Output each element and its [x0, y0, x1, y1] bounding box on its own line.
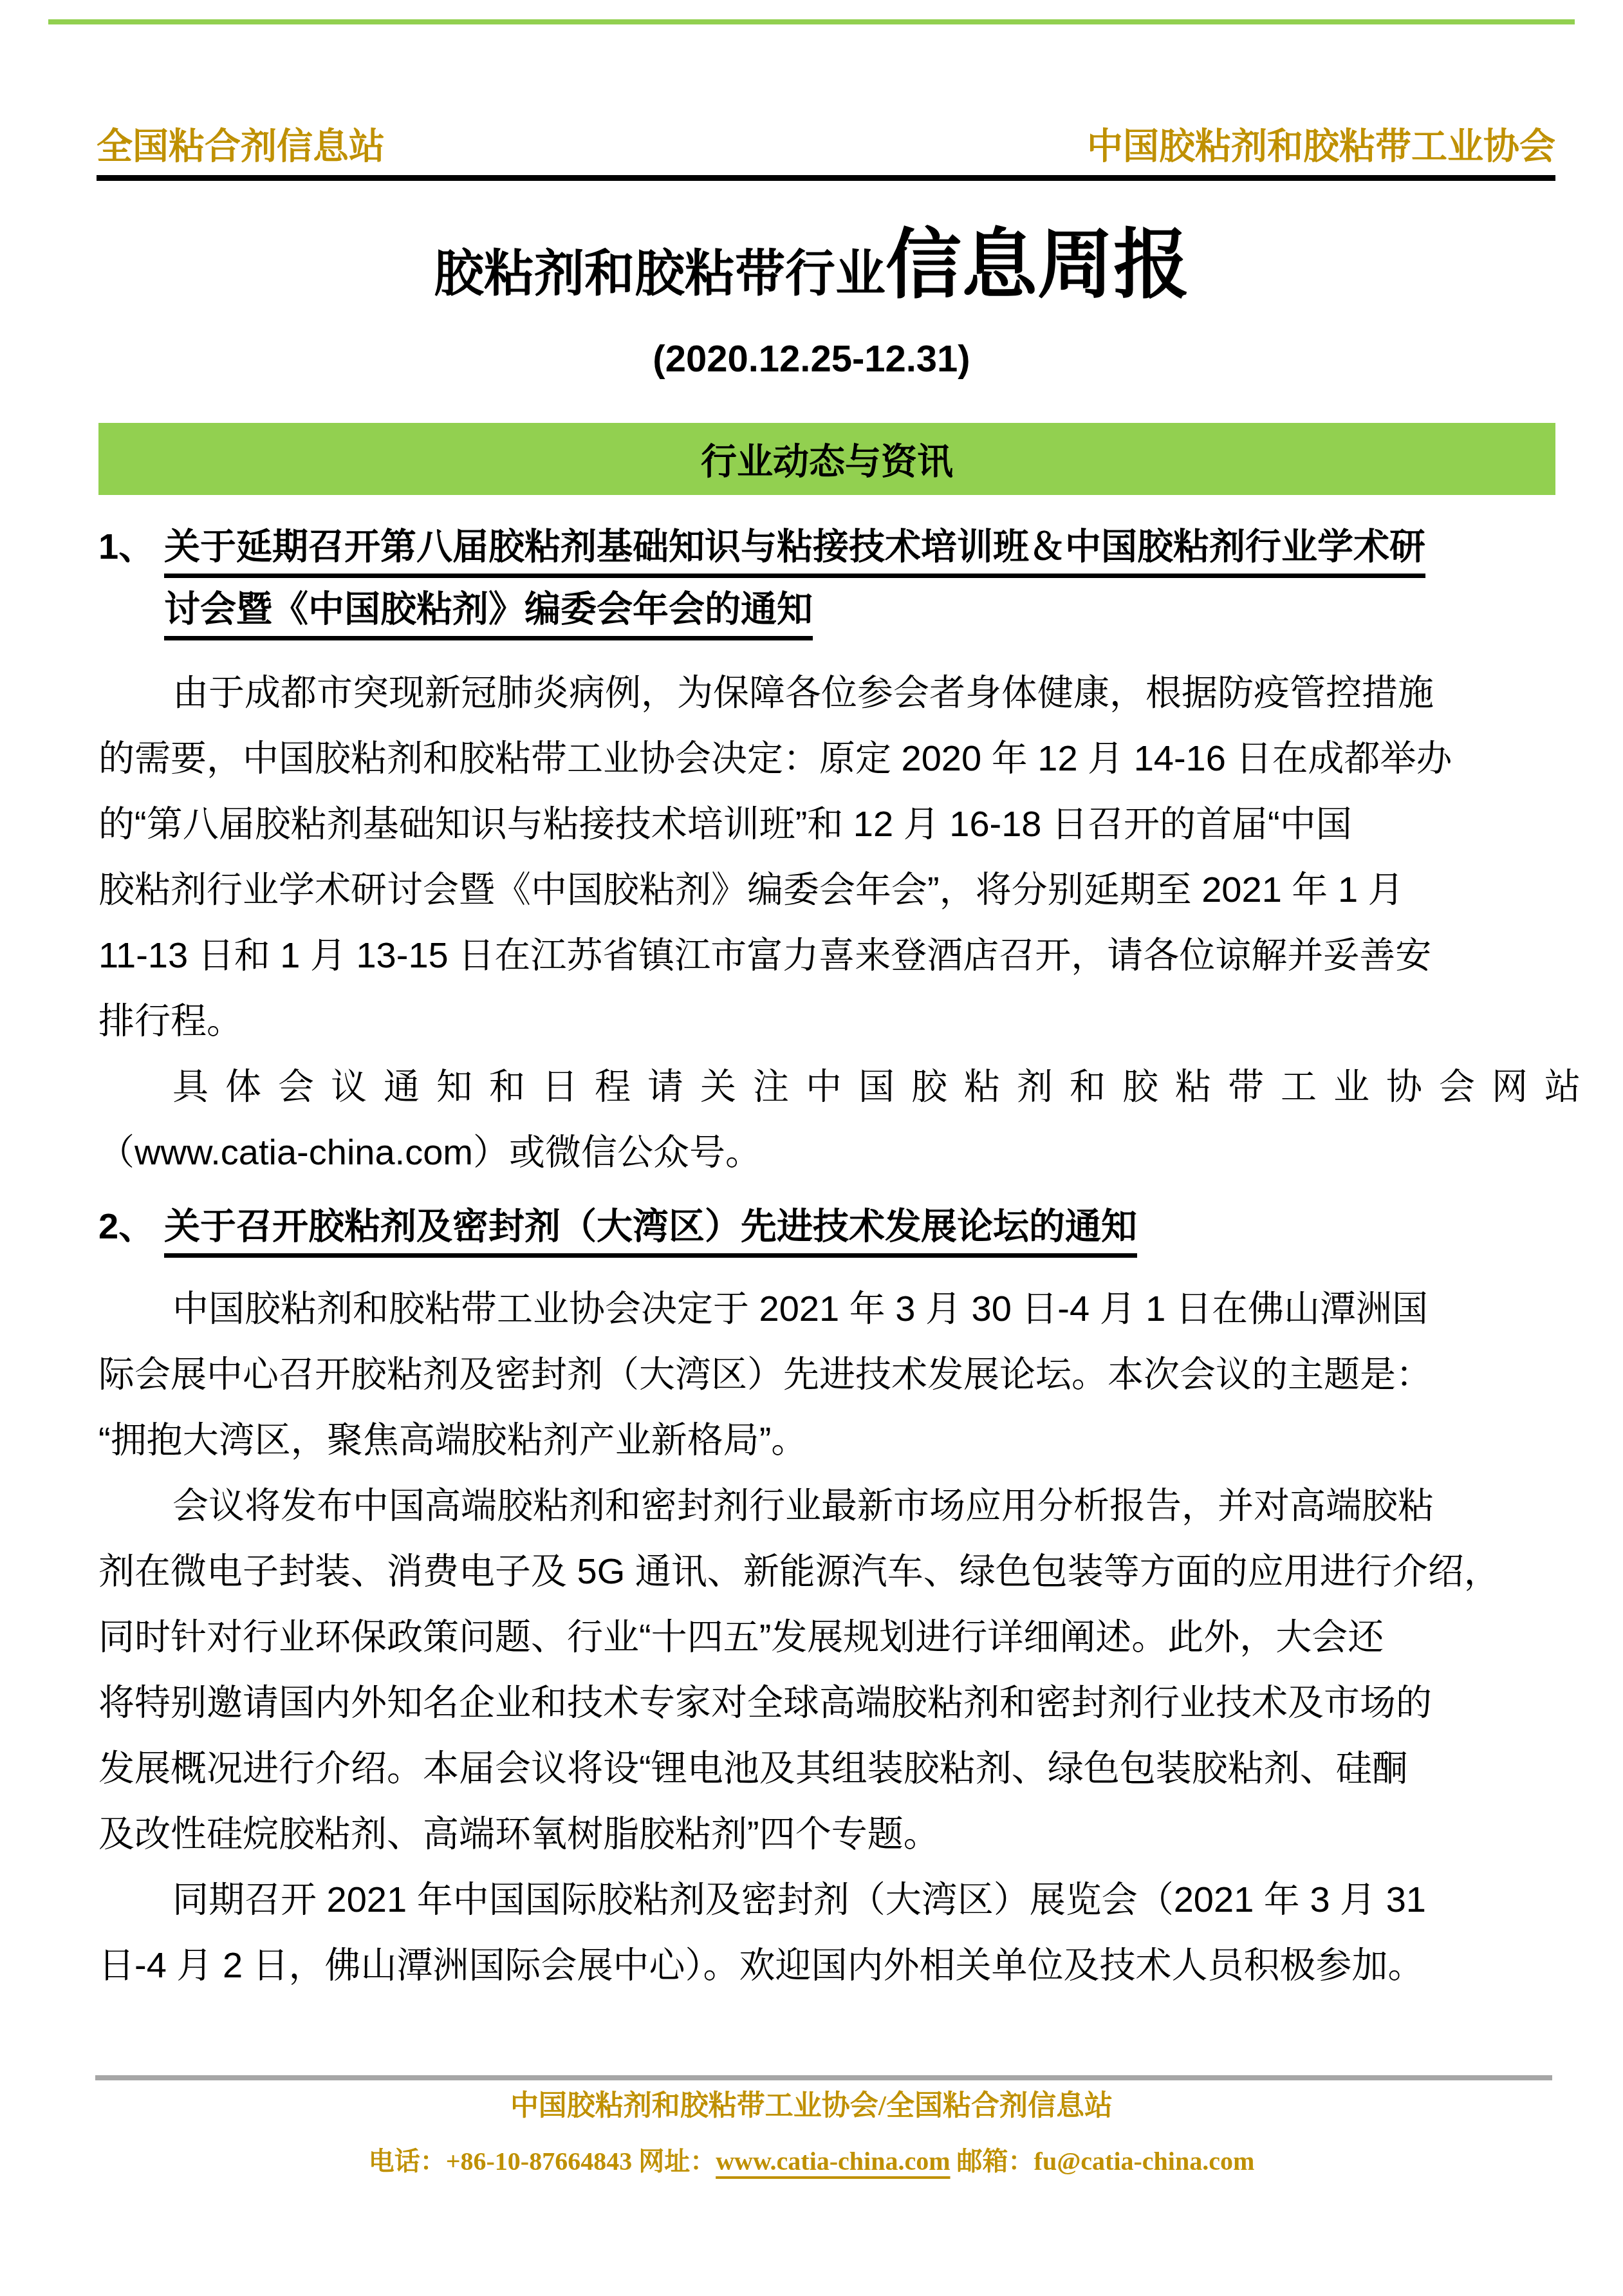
heading-row: 2、 关于召开胶粘剂及密封剂（大湾区）先进技术发展论坛的通知	[98, 1208, 1555, 1258]
body-line: 11-13 日和 1 月 13-15 日在江苏省镇江市富力喜来登酒店召开，请各位…	[98, 922, 1555, 988]
document-body: 1、 关于延期召开第八届胶粘剂基础知识与粘接技术培训班＆中国胶粘剂行业学术研 讨…	[98, 528, 1555, 1998]
header-right-text: 中国胶粘剂和胶粘带工业协会	[1087, 129, 1555, 165]
phone-and-site-label: 电话：+86-10-87664843 网址：	[369, 2147, 716, 2176]
heading-number-spacer	[98, 591, 164, 640]
body-line: 会议将发布中国高端胶粘剂和密封剂行业最新市场应用分析报告，并对高端胶粘	[98, 1473, 1555, 1538]
body-line: 将特别邀请国内外知名企业和技术专家对全球高端胶粘剂和密封剂行业技术及市场的	[98, 1670, 1555, 1735]
email-label: 邮箱：	[951, 2147, 1034, 2176]
section-2-heading: 2、 关于召开胶粘剂及密封剂（大湾区）先进技术发展论坛的通知	[98, 1208, 1555, 1258]
section-1-paragraphs: 由于成都市突现新冠肺炎病例，为保障各位参会者身体健康，根据防疫管控措施的需要，中…	[98, 660, 1555, 1185]
heading-row: 1、 关于延期召开第八届胶粘剂基础知识与粘接技术培训班＆中国胶粘剂行业学术研	[98, 528, 1555, 578]
heading-row: 讨会暨《中国胶粘剂》编委会年会的通知	[98, 591, 1555, 640]
heading-number: 2、	[98, 1208, 164, 1258]
footer-org-line: 中国胶粘剂和胶粘带工业协会/全国粘合剂信息站	[0, 2092, 1623, 2120]
section-banner-label: 行业动态与资讯	[701, 433, 953, 485]
body-line: 由于成都市突现新冠肺炎病例，为保障各位参会者身体健康，根据防疫管控措施	[98, 660, 1555, 725]
body-line: 同期召开 2021 年中国国际胶粘剂及密封剂（大湾区）展览会（2021 年 3 …	[98, 1867, 1555, 1932]
top-accent-line	[48, 19, 1575, 24]
body-line: 同时针对行业环保政策问题、行业“十四五”发展规划进行详细阐述。此外，大会还	[98, 1604, 1555, 1670]
footer-contact-line: 电话：+86-10-87664843 网址：www.catia-china.co…	[0, 2146, 1623, 2177]
body-line: 中国胶粘剂和胶粘带工业协会决定于 2021 年 3 月 30 日-4 月 1 日…	[98, 1276, 1555, 1341]
body-line: 及改性硅烷胶粘剂、高端环氧树脂胶粘剂”四个专题。	[98, 1801, 1555, 1867]
page-title: 胶粘剂和胶粘带行业信息周报	[0, 227, 1623, 303]
heading-number: 1、	[98, 528, 164, 578]
body-line: 具体会议通知和日程请关注中国胶粘剂和胶粘带工业协会网站	[98, 1054, 1555, 1119]
body-line: 发展概况进行介绍。本届会议将设“锂电池及其组装胶粘剂、绿色包装胶粘剂、硅酮	[98, 1735, 1555, 1801]
body-line: 的“第八届胶粘剂基础知识与粘接技术培训班”和 12 月 16-18 日召开的首届…	[98, 791, 1555, 857]
email-text: fu@catia-china.com	[1034, 2147, 1255, 2176]
header-rule	[97, 175, 1555, 181]
body-line: 胶粘剂行业学术研讨会暨《中国胶粘剂》编委会年会”，将分别延期至 2021 年 1…	[98, 857, 1555, 922]
page-header: 全国粘合剂信息站 中国胶粘剂和胶粘带工业协会	[97, 129, 1555, 165]
body-line: 际会展中心召开胶粘剂及密封剂（大湾区）先进技术发展论坛。本次会议的主题是：	[98, 1341, 1555, 1407]
body-line: （www.catia-china.com）或微信公众号。	[98, 1119, 1555, 1185]
document-page: 全国粘合剂信息站 中国胶粘剂和胶粘带工业协会 胶粘剂和胶粘带行业信息周报 (20…	[0, 0, 1623, 2296]
body-line: 日-4 月 2 日，佛山潭洲国际会展中心）。欢迎国内外相关单位及技术人员积极参加…	[98, 1932, 1555, 1998]
heading-line: 关于召开胶粘剂及密封剂（大湾区）先进技术发展论坛的通知	[164, 1208, 1137, 1258]
body-line: 排行程。	[98, 988, 1555, 1054]
body-line: 的需要，中国胶粘剂和胶粘带工业协会决定：原定 2020 年 12 月 14-16…	[98, 725, 1555, 791]
header-left-text: 全国粘合剂信息站	[97, 129, 385, 165]
title-emphasis: 信息周报	[886, 223, 1189, 308]
section-1-heading: 1、 关于延期召开第八届胶粘剂基础知识与粘接技术培训班＆中国胶粘剂行业学术研 讨…	[98, 528, 1555, 640]
website-link[interactable]: www.catia-china.com	[716, 2147, 950, 2176]
section-2-paragraphs: 中国胶粘剂和胶粘带工业协会决定于 2021 年 3 月 30 日-4 月 1 日…	[98, 1276, 1555, 1998]
heading-line: 关于延期召开第八届胶粘剂基础知识与粘接技术培训班＆中国胶粘剂行业学术研	[164, 528, 1425, 578]
section-banner: 行业动态与资讯	[98, 423, 1555, 495]
body-line: 剂在微电子封装、消费电子及 5G 通讯、新能源汽车、绿色包装等方面的应用进行介绍…	[98, 1538, 1555, 1604]
footer-divider	[95, 2075, 1552, 2080]
heading-line: 讨会暨《中国胶粘剂》编委会年会的通知	[164, 591, 813, 640]
report-date: (2020.12.25-12.31)	[0, 341, 1623, 378]
title-prefix: 胶粘剂和胶粘带行业	[434, 245, 886, 302]
body-line: “拥抱大湾区，聚焦高端胶粘剂产业新格局”。	[98, 1407, 1555, 1473]
